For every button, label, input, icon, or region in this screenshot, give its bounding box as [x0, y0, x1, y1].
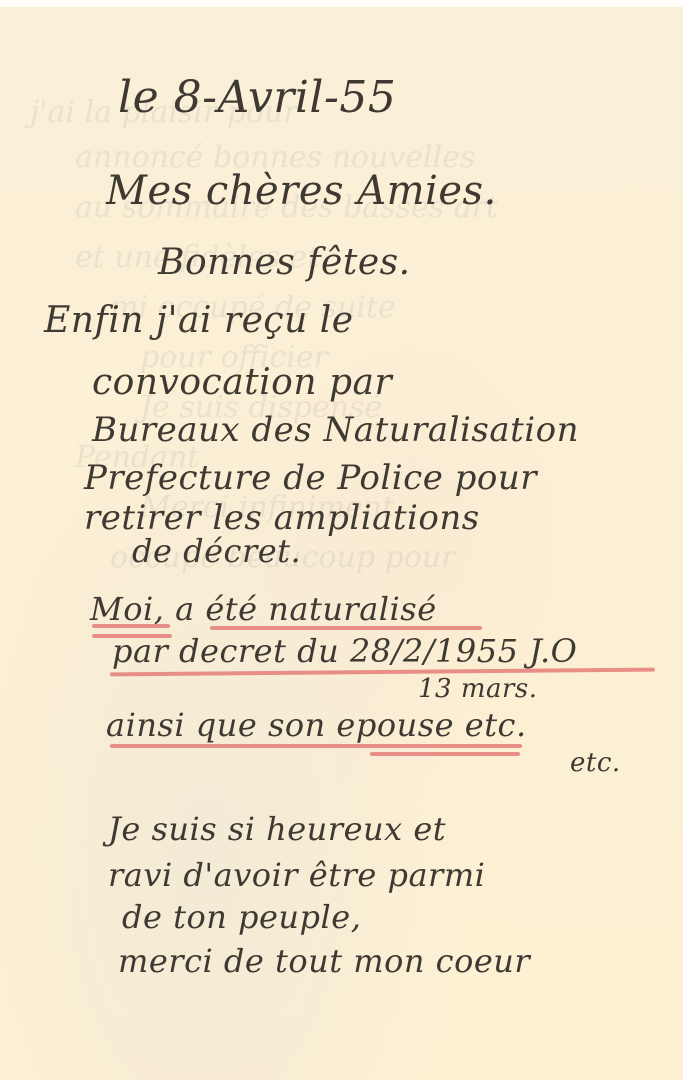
- letter-line-10: ainsi que son epouse etc.: [106, 706, 527, 744]
- letter-line-6: de décret.: [132, 532, 301, 570]
- letter-line-1: Enfin j'ai reçu le: [44, 300, 354, 341]
- red-underline: [210, 626, 482, 630]
- letter-page: j'ai la plaisir pour annoncé bonnes nouv…: [0, 0, 683, 1080]
- scan-edge: [0, 0, 683, 7]
- letter-line-4: Prefecture de Police pour: [84, 458, 537, 498]
- red-underline: [110, 744, 522, 748]
- letter-date: le 8-Avril-55: [118, 72, 396, 123]
- letter-line-11: etc.: [570, 748, 621, 778]
- letter-line-3: Bureaux des Naturalisation: [92, 410, 579, 450]
- letter-line-9: 13 mars.: [418, 674, 538, 704]
- letter-line-13: ravi d'avoir être parmi: [108, 856, 485, 894]
- letter-greeting: Bonnes fêtes.: [158, 242, 411, 283]
- letter-line-14: de ton peuple,: [122, 898, 361, 936]
- letter-line-15: merci de tout mon coeur: [118, 942, 530, 980]
- letter-line-7: Moi, a été naturalisé: [90, 590, 437, 628]
- red-underline: [370, 752, 520, 756]
- letter-line-2: convocation par: [92, 362, 392, 403]
- letter-line-8: par decret du 28/2/1955 J.O: [112, 632, 577, 670]
- letter-salutation: Mes chères Amies.: [106, 168, 497, 214]
- letter-line-12: Je suis si heureux et: [108, 810, 446, 848]
- red-underline: [92, 624, 170, 628]
